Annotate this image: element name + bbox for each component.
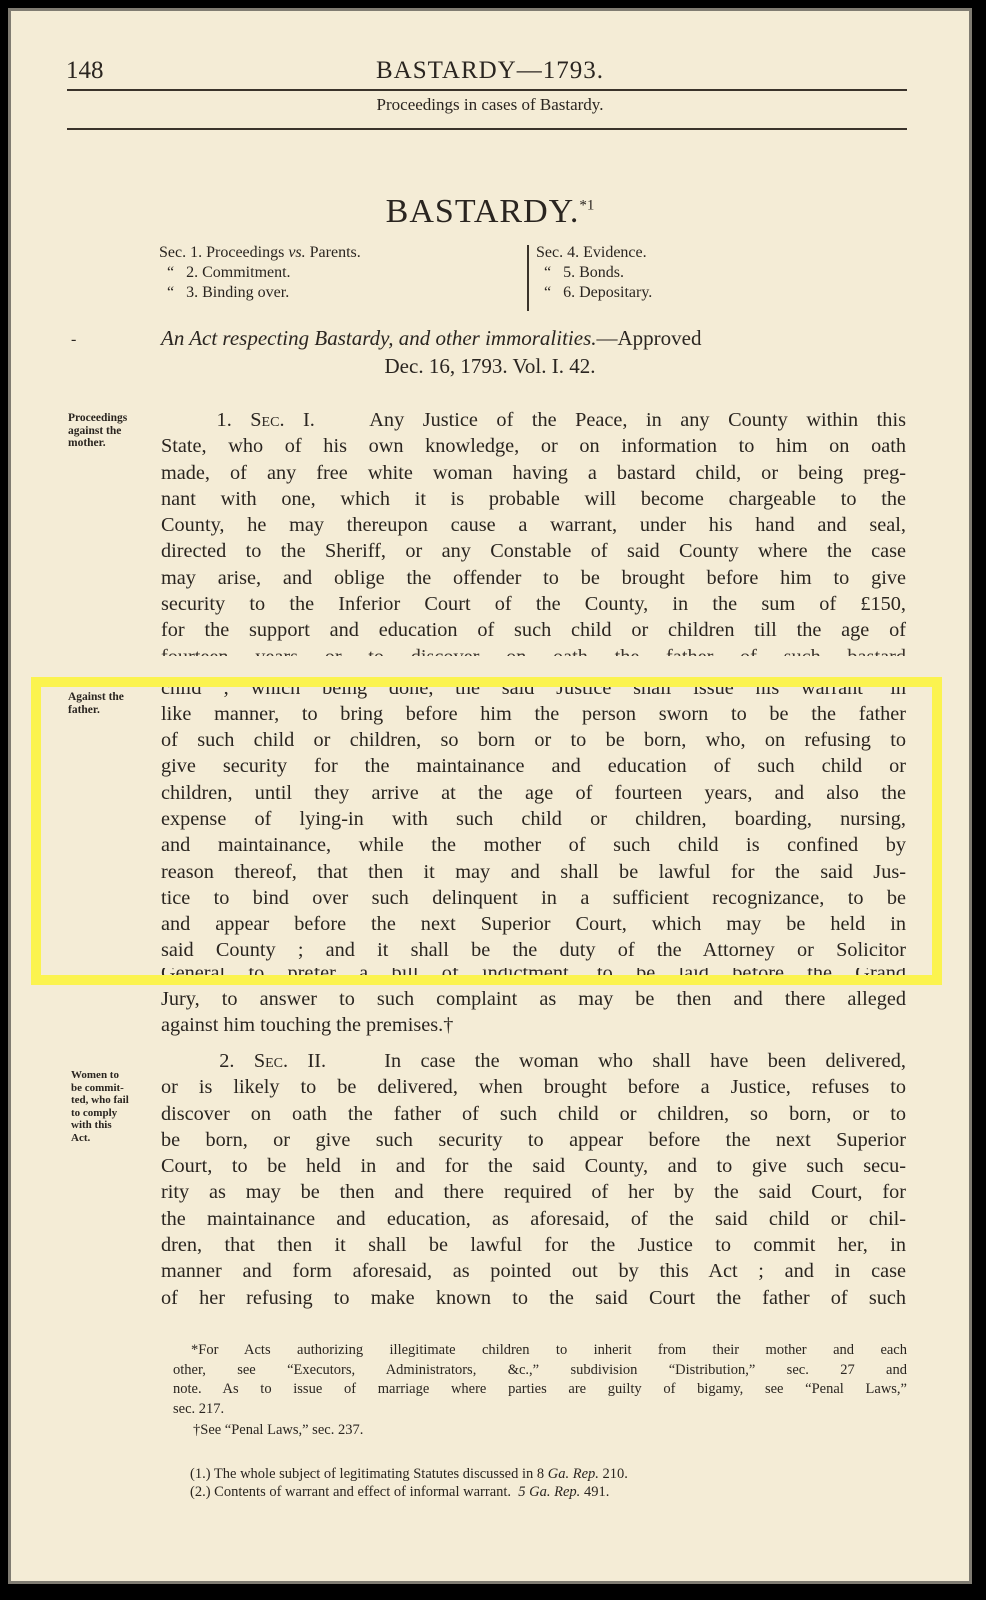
toc-item: “ 5. Bonds.: [536, 263, 652, 283]
margin-note-mother: Proceedingsagainst themother.: [68, 412, 127, 450]
footnote-dagger: †See “Penal Laws,” sec. 237.: [193, 1421, 363, 1441]
section-1-text: 1. Sec. I. Any Justice of the Peace, in …: [161, 407, 906, 1038]
section-2-text: 2. Sec. II. In case the woman who shall …: [161, 1048, 906, 1311]
case-note: (2.) Contents of warrant and effect of i…: [190, 1483, 628, 1503]
header-rule-bottom: [67, 128, 907, 130]
case-notes: (1.) The whole subject of legitimating S…: [190, 1465, 628, 1502]
text-line: 1. Sec. I. Any Justice of the Peace, in …: [161, 407, 906, 433]
running-subheading: Proceedings in cases of Bastardy.: [11, 95, 969, 115]
section-index-left: Sec. 1. Proceedings vs. Parents. “ 2. Co…: [159, 243, 361, 303]
toc-item: Sec. 1. Proceedings vs. Parents.: [159, 243, 361, 263]
chapter-title: BASTARDY.*1: [11, 193, 969, 231]
text-line: 2. Sec. II. In case the woman who shall …: [161, 1048, 906, 1074]
margin-note-women: Women tobe commit-ted, who failto comply…: [71, 1069, 129, 1144]
act-title: An Act respecting Bastardy, and other im…: [161, 326, 702, 351]
document-page: 148 BASTARDY—1793. Proceedings in cases …: [11, 11, 969, 1581]
header-rule-top: [67, 89, 907, 91]
section-index-right: Sec. 4. Evidence. “ 5. Bonds. “ 6. Depos…: [536, 243, 652, 303]
toc-item: Sec. 4. Evidence.: [536, 243, 652, 263]
footnote-star: *For Acts authorizing illegitimate child…: [173, 1341, 907, 1419]
text-line: child ; which being done, the said Justi…: [161, 670, 906, 701]
running-title: BASTARDY—1793.: [11, 57, 969, 85]
stray-mark: -: [71, 331, 76, 349]
footnote-marker: *1: [579, 198, 594, 214]
act-date: Dec. 16, 1793. Vol. I. 42.: [11, 354, 969, 379]
toc-item: “ 6. Depositary.: [536, 283, 652, 303]
margin-note-father: Against thefather.: [68, 691, 124, 716]
case-note: (1.) The whole subject of legitimating S…: [190, 1465, 628, 1485]
toc-divider: [527, 245, 529, 311]
toc-item: “ 3. Binding over.: [159, 283, 361, 303]
toc-item: “ 2. Commitment.: [159, 263, 361, 283]
